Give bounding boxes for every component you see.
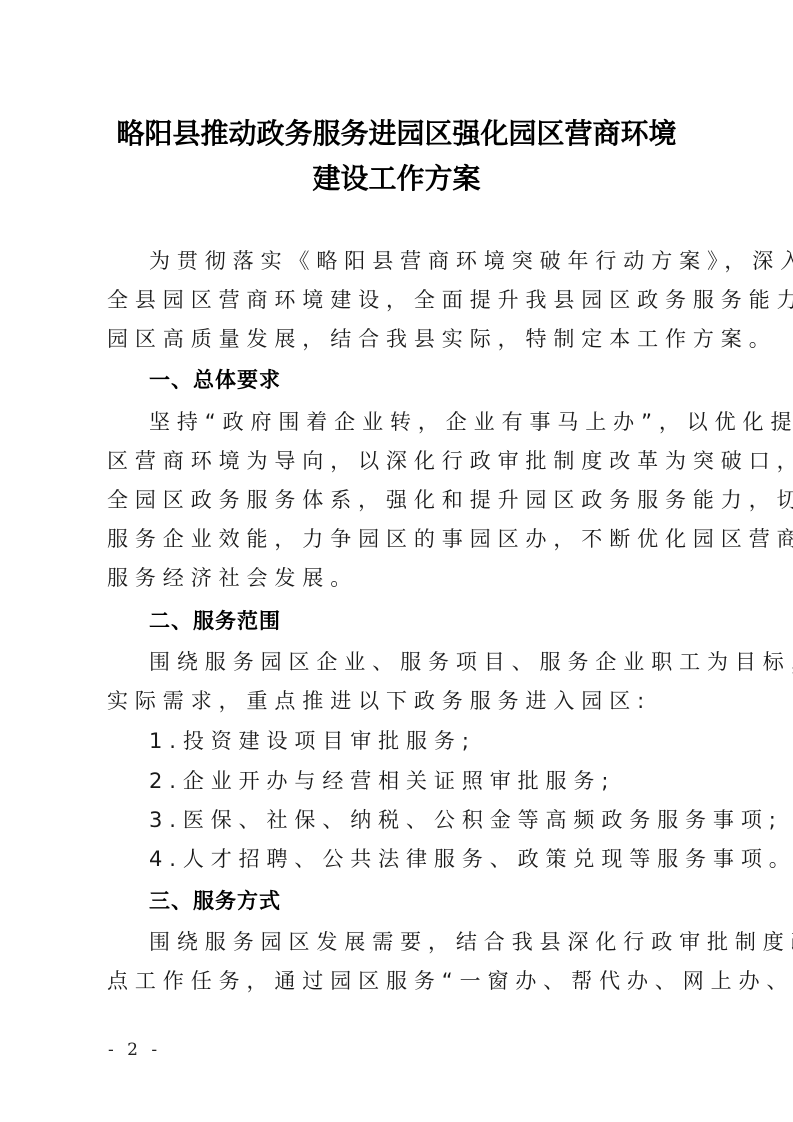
document-title-line-2: 建设工作方案 xyxy=(90,157,703,201)
section-heading-service-method: 三、服务方式 xyxy=(149,887,281,915)
body-line: 区营商环境为导向，以深化行政审批制度改革为突破口，建立健 xyxy=(107,447,793,475)
body-line: 围绕服务园区企业、服务项目、服务企业职工为目标，聚焦 xyxy=(149,648,793,676)
section-heading-service-scope: 二、服务范围 xyxy=(149,607,281,635)
body-line: 全县园区营商环境建设，全面提升我县园区政务服务能力，助力 xyxy=(107,286,793,314)
body-line: 全园区政务服务体系，强化和提升园区政务服务能力，切实提高 xyxy=(107,486,793,514)
section-heading-general-requirements: 一、总体要求 xyxy=(149,366,281,394)
body-line: 为贯彻落实《略阳县营商环境突破年行动方案》，深入推进 xyxy=(149,247,793,275)
body-line: 园区高质量发展，结合我县实际，特制定本工作方案。 xyxy=(107,325,777,353)
list-item: 1.投资建设项目审批服务; xyxy=(149,727,476,755)
list-item: 2.企业开办与经营相关证照审批服务; xyxy=(149,767,615,795)
body-line: 实际需求，重点推进以下政务服务进入园区: xyxy=(107,687,651,715)
document-title-line-1: 略阳县推动政务服务进园区强化园区营商环境 xyxy=(90,112,703,156)
body-line: 服务企业效能，力争园区的事园区办，不断优化园区营商环境， xyxy=(107,525,793,553)
list-item: 4.人才招聘、公共法律服务、政策兑现等服务事项。 xyxy=(149,845,793,873)
body-line: 服务经济社会发展。 xyxy=(107,564,358,592)
body-line: 围绕服务园区发展需要，结合我县深化行政审批制度改革重 xyxy=(149,928,793,956)
list-item: 3.医保、社保、纳税、公积金等高频政务服务事项; xyxy=(149,806,783,834)
body-line: 坚持“政府围着企业转，企业有事马上办”，以优化提升园 xyxy=(149,408,793,436)
body-line: 点工作任务，通过园区服务“一窗办、帮代办、网上办、上门办” xyxy=(107,967,793,995)
document-page: 略阳县推动政务服务进园区强化园区营商环境 建设工作方案 为贯彻落实《略阳县营商环… xyxy=(0,0,793,1122)
page-number: - 2 - xyxy=(108,1040,161,1060)
